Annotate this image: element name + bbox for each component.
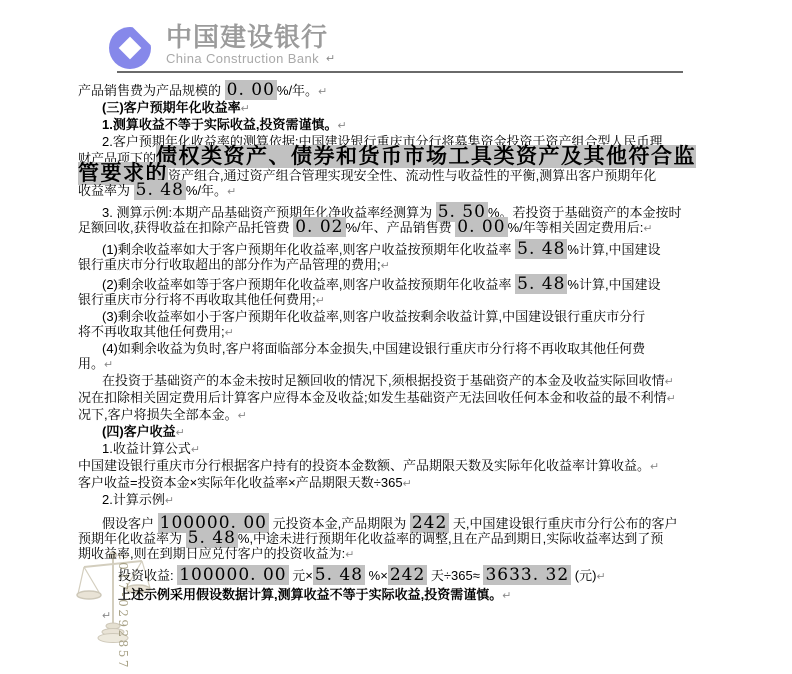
bold-text-run: 上述示例采用假设数据计算,测算收益不等于实际收益,投资需谨慎。 [118,587,502,602]
text-run: 1.收益计算公式 [102,441,191,456]
text-run: 况下,客户将损失全部本金。 [78,407,238,422]
doc-line: (四)客户收益↵ [78,424,738,441]
highlighted-value: 5. 48 [515,274,567,294]
doc-line: 2.计算示例↵ [78,492,738,509]
doc-line: 上述示例采用假设数据计算,测算收益不等于实际收益,投资需谨慎。↵ [78,587,738,604]
doc-line: (2)剩余收益率如等于客户预期年化收益率,则客户收益按预期年化收益率 5. 48… [78,277,738,292]
text-run: 3. 测算示例:本期产品基础资产预期年化净收益率经测算为 [102,205,436,220]
text-run: (元) [571,568,596,583]
text-run: 资产组合,通过资产组合管理实现安全性、流动性与收益性的平衡,测算出客户预期年化 [168,168,656,183]
text-run: 足额回收,获得收益在扣除产品托管费 [78,220,293,235]
doc-line: 客户收益=投资本金×实际年化收益率×产品期限天数÷365↵ [78,475,738,492]
text-run: 在投资于基础资产的本金未按时足额回收的情况下,须根据投资于基础资产的本金及收益实… [102,373,665,388]
doc-line: 1.测算收益不等于实际收益,投资需谨慎。↵ [78,117,738,134]
highlighted-value: 0. 00 [225,80,277,100]
highlighted-value: 100000. 00 [177,565,288,585]
paragraph-mark-icon: ↵ [337,120,346,132]
paragraph-mark-icon: ↵ [345,549,354,561]
paragraph-mark-icon: ↵ [650,461,659,473]
text-run: %/年、产品销售费 [346,220,456,235]
paragraph-mark-icon: ↵ [176,427,185,439]
paragraph-mark-icon: ↵ [241,103,250,115]
text-run: 2.计算示例 [102,492,165,507]
text-run: 元投资本金,产品期限为 [269,516,410,531]
paragraph-mark-icon: ↵ [316,295,325,307]
bank-brand: 中国建设银行 China Construction Bank [166,23,328,66]
text-run: (1)剩余收益率如大于客户预期年化收益率,则客户收益按预期年化收益率 [102,242,515,257]
text-run: 期收益率,则在到期日应兑付客户的投资收益为: [78,546,345,561]
text-run: 将不再收取其他任何费用; [78,324,225,339]
doc-line: 财产品项下的债权类资产、债券和货币市场工具类资产及其他符合监 [78,149,738,166]
doc-line: 投资收益: 100000. 00 元×5. 48 %×242 天÷365≈ 36… [78,568,738,585]
paragraph-mark-icon: ↵ [238,410,247,422]
doc-line: 况在扣除相关固定费用后计算客户应得本金及收益;如发生基础资产无法回收任何本金和收… [78,390,738,407]
paragraph-mark-icon: ↵ [191,444,200,456]
doc-line: 1.收益计算公式↵ [78,441,738,458]
highlighted-value: 0. 00 [455,217,507,237]
header-divider [117,71,683,73]
doc-line: 用。↵ [78,356,738,373]
text-run: (3)剩余收益率如小于客户预期年化收益率,则客户收益按剩余收益计算,中国建设银行… [102,309,645,324]
highlighted-value: 242 [388,565,427,585]
paragraph-mark-icon: ↵ [326,52,335,65]
paragraph-mark-icon: ↵ [102,610,111,622]
doc-line: 况下,客户将损失全部本金。↵ [78,407,738,424]
text-run: %/年。 [277,83,318,98]
text-run: 天÷365≈ [427,568,483,583]
doc-line: 假设客户 100000. 00 元投资本金,产品期限为 242 天,中国建设银行… [78,516,738,531]
text-run: 产品销售费为产品规模的 [78,83,225,98]
doc-line: (3)剩余收益率如小于客户预期年化收益率,则客户收益按剩余收益计算,中国建设银行… [78,309,738,324]
highlighted-value: 5. 48 [134,180,186,200]
doc-line: 将不再收取其他任何费用;↵ [78,324,738,341]
doc-line: (1)剩余收益率如大于客户预期年化收益率,则客户收益按预期年化收益率 5. 48… [78,242,738,257]
bank-name-cn: 中国建设银行 [166,23,328,51]
text-run: 天,中国建设银行重庆市分行公布的客户 [449,516,677,531]
document-body: 产品销售费为产品规模的 0. 00%/年。↵(三)客户预期年化收益率↵1.测算收… [78,83,738,624]
text-run: %/年等相关固定费用后: [508,220,644,235]
text-run: 用。 [78,356,104,371]
ccb-logo-icon [106,20,158,72]
doc-line: 期收益率,则在到期日应兑付客户的投资收益为:↵ [78,546,738,563]
text-run: %/年。 [186,183,227,198]
doc-line: (三)客户预期年化收益率↵ [78,100,738,117]
text-run: 银行重庆市分行将不再收取其他任何费用; [78,292,316,307]
doc-line: 3. 测算示例:本期产品基础资产预期年化净收益率经测算为 5. 50%。若投资于… [78,205,738,220]
paragraph-mark-icon: ↵ [225,327,234,339]
bold-text-run: (四)客户收益 [102,424,176,439]
paragraph-mark-icon: ↵ [665,376,674,388]
paragraph-mark-icon: ↵ [381,260,390,272]
text-run: 银行重庆市分行收取超出的部分作为产品管理的费用; [78,257,381,272]
paragraph-mark-icon: ↵ [403,478,412,490]
text-run: 元× [289,568,313,583]
text-run: (2)剩余收益率如等于客户预期年化收益率,则客户收益按预期年化收益率 [102,277,515,292]
text-run: %。若投资于基础资产的本金按时 [488,205,682,220]
doc-line: 银行重庆市分行将不再收取其他任何费用;↵ [78,292,738,309]
text-run: %× [365,568,388,583]
doc-line: 预期年化收益率为 5. 48%,中途未进行预期年化收益率的调整,且在产品到期日,… [78,531,738,546]
doc-line: ↵ [78,607,738,624]
highlighted-value: 5. 48 [186,528,238,548]
text-run: 投资收益: [118,568,177,583]
bank-name-en: China Construction Bank [166,51,328,66]
paragraph-mark-icon: ↵ [165,495,174,507]
text-run: %计算,中国建设 [567,277,660,292]
doc-line: 收益率为 5. 48%/年。↵ [78,183,738,200]
paragraph-mark-icon: ↵ [104,359,113,371]
text-run: 客户收益=投资本金×实际年化收益率×产品期限天数÷365 [78,475,403,490]
paragraph-mark-icon: ↵ [318,86,327,98]
text-run: 预期年化收益率为 [78,531,186,546]
text-run: 假设客户 [102,516,158,531]
document-page: 中国建设银行 China Construction Bank ↵ [0,0,792,674]
paragraph-mark-icon: ↵ [596,571,605,583]
text-run: (4)如剩余收益为负时,客户将面临部分本金损失,中国建设银行重庆市分行将不再收取… [102,341,645,356]
paragraph-mark-icon: ↵ [667,393,676,405]
doc-line: 中国建设银行重庆市分行根据客户持有的投资本金数额、产品期限天数及实际年化收益率计… [78,458,738,475]
text-run: 中国建设银行重庆市分行根据客户持有的投资本金数额、产品期限天数及实际年化收益率计… [78,458,650,473]
doc-line: 足额回收,获得收益在扣除产品托管费 0. 02%/年、产品销售费 0. 00%/… [78,220,738,237]
highlighted-value: 3633. 32 [483,565,571,585]
text-run: %计算,中国建设 [567,242,660,257]
text-run: 收益率为 [78,183,134,198]
doc-line: 银行重庆市分行收取超出的部分作为产品管理的费用;↵ [78,257,738,274]
highlighted-emphasis-text: 债权类资产、债券和货币市场工具类资产及其他符合监 [156,145,696,168]
highlighted-value: 0. 02 [293,217,345,237]
highlighted-value: 242 [410,513,449,533]
bold-text-run: 1.测算收益不等于实际收益,投资需谨慎。 [102,117,337,132]
doc-line: (4)如剩余收益为负时,客户将面临部分本金损失,中国建设银行重庆市分行将不再收取… [78,341,738,356]
highlighted-value: 5. 48 [313,565,365,585]
text-run: %,中途未进行预期年化收益率的调整,且在产品到期日,实际收益率达到了预 [238,531,663,546]
bold-text-run: (三)客户预期年化收益率 [102,100,241,115]
highlighted-value: 5. 48 [515,239,567,259]
paragraph-mark-icon: ↵ [227,186,236,198]
doc-line: 产品销售费为产品规模的 0. 00%/年。↵ [78,83,738,100]
text-run: 况在扣除相关固定费用后计算客户应得本金及收益;如发生基础资产无法回收任何本金和收… [78,390,667,405]
paragraph-mark-icon: ↵ [502,590,511,602]
paragraph-mark-icon: ↵ [643,223,652,235]
doc-line: 在投资于基础资产的本金未按时足额回收的情况下,须根据投资于基础资产的本金及收益实… [78,373,738,390]
